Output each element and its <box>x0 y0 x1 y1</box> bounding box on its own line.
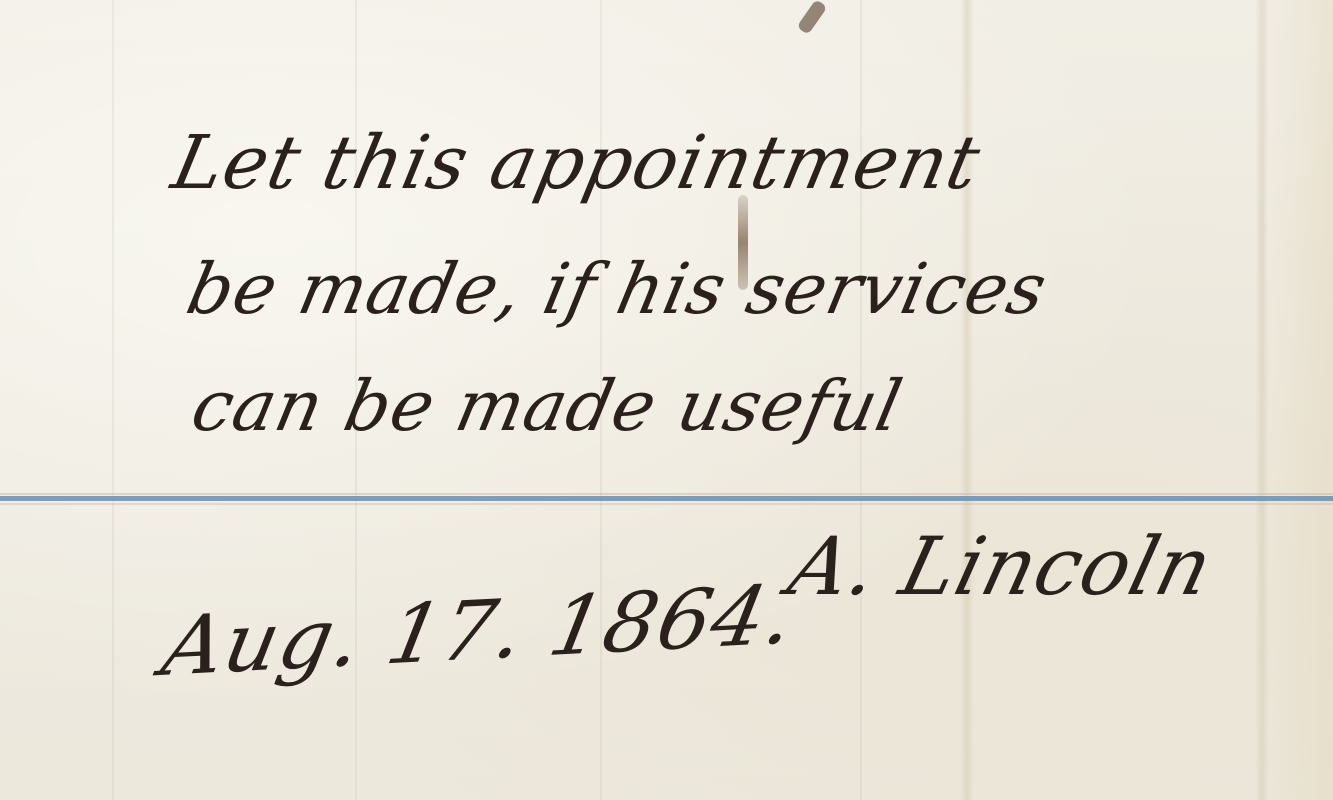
note-line-2: be made, if his services <box>180 248 1054 330</box>
ink-blot <box>797 0 828 35</box>
signature: A. Lincoln <box>780 520 1222 613</box>
paper-chain-line <box>112 0 114 800</box>
paper-edge-shadow <box>1263 0 1333 800</box>
ruled-line-margin <box>0 493 1333 495</box>
note-line-3: can be made useful <box>185 365 910 447</box>
ruled-line-margin <box>0 503 1333 505</box>
paper-sheet: Let this appointment be made, if his ser… <box>0 0 1333 800</box>
note-line-1: Let this appointment <box>165 120 988 206</box>
ruled-line-blue <box>0 496 1333 501</box>
date: Aug. 17. 1864. <box>155 568 803 695</box>
